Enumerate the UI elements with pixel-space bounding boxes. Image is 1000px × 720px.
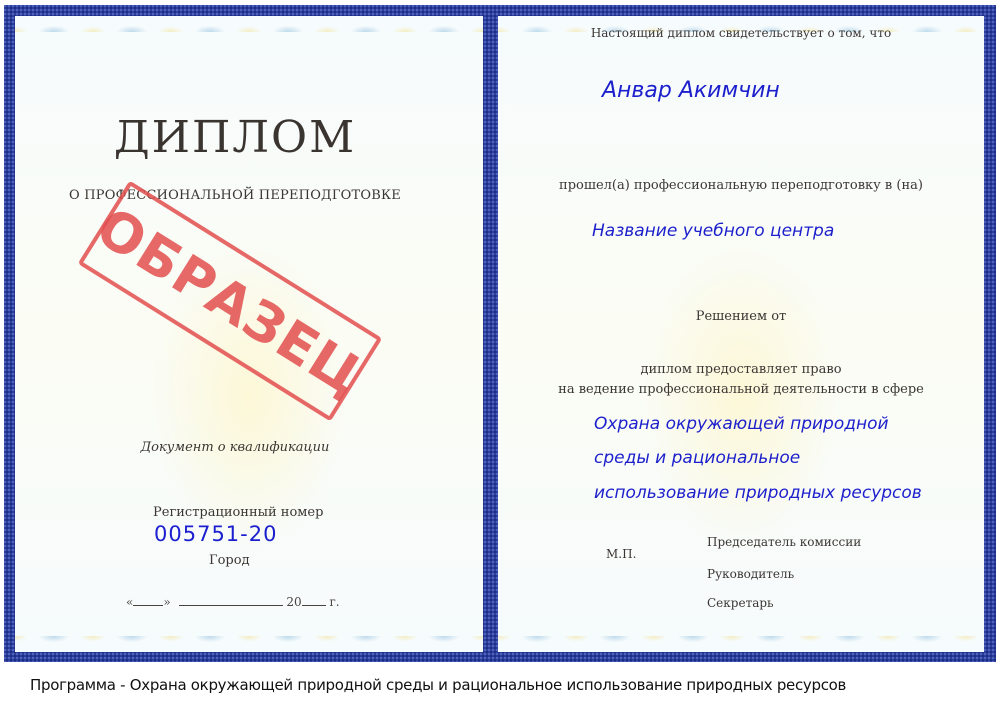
- diploma-subtitle: О ПРОФЕССИОНАЛЬНОЙ ПЕРЕПОДГОТОВКЕ: [15, 188, 455, 203]
- day-blank: [133, 595, 163, 606]
- grants-line-2: на ведение профессиональной деятельности…: [498, 382, 984, 397]
- sample-stamp-text: ОБРАЗЕЦ: [86, 195, 374, 408]
- date-line: «» 20 г.: [126, 595, 340, 609]
- program-caption: Программа - Охрана окружающей природной …: [30, 676, 846, 694]
- sample-stamp: ОБРАЗЕЦ: [78, 180, 383, 421]
- program-line-2: среды и рациональное: [594, 448, 800, 468]
- recipient-name: Анвар Акимчин: [602, 78, 780, 103]
- signature-head: Руководитель: [707, 567, 794, 581]
- guilloche-ornament-bottom: [15, 636, 483, 650]
- year-suffix: г.: [329, 595, 339, 609]
- signature-chairman: Председатель комиссии: [707, 535, 861, 549]
- training-center-name: Название учебного центра: [592, 221, 834, 241]
- guilloche-ornament-bottom: [498, 636, 984, 650]
- program-line-3: использование природных ресурсов: [594, 483, 922, 503]
- diploma-left-page: ДИПЛОМ О ПРОФЕССИОНАЛЬНОЙ ПЕРЕПОДГОТОВКЕ…: [15, 16, 483, 652]
- diploma-right-page: Настоящий диплом свидетельствует о том, …: [498, 16, 984, 652]
- date-close-quote: »: [163, 595, 170, 609]
- date-open-quote: «: [126, 595, 133, 609]
- program-line-1: Охрана окружающей природной: [594, 414, 889, 434]
- city-label: Город: [209, 553, 250, 568]
- registration-number: 005751-20: [154, 522, 277, 546]
- guilloche-ornament-top: [15, 18, 483, 32]
- diploma-frame: ДИПЛОМ О ПРОФЕССИОНАЛЬНОЙ ПЕРЕПОДГОТОВКЕ…: [4, 5, 996, 662]
- year-blank: [302, 595, 326, 606]
- diploma-title: ДИПЛОМ: [15, 112, 455, 163]
- signature-secretary: Секретарь: [707, 596, 774, 610]
- document-type: Документ о квалификации: [15, 440, 455, 455]
- seal-label: М.П.: [606, 547, 636, 561]
- decision-label: Решением от: [498, 309, 984, 324]
- month-blank: [179, 595, 283, 606]
- grants-line-1: диплом предоставляет право: [498, 362, 984, 377]
- year-prefix: 20: [286, 595, 301, 609]
- passed-label: прошел(а) профессиональную переподготовк…: [498, 178, 984, 193]
- certification-intro: Настоящий диплом свидетельствует о том, …: [498, 26, 984, 40]
- registration-label: Регистрационный номер: [153, 505, 323, 520]
